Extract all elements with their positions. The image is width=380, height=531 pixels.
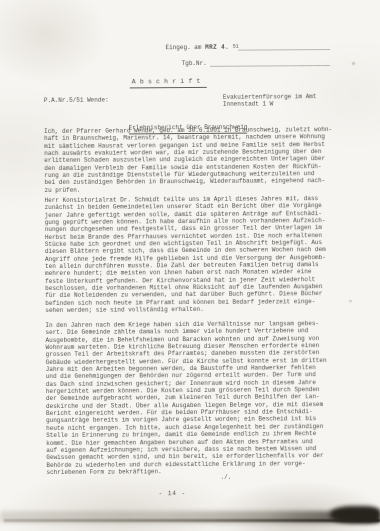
scan-speck xyxy=(352,62,355,65)
paragraph-3: In den Jahren nach dem Kriege haben sich… xyxy=(45,320,336,476)
text-line: schriebenen Form zu bekräftigen. xyxy=(46,467,336,476)
address-block: Evakuiertenfürsorge im Amt Innenstadt 1 … xyxy=(223,93,317,108)
received-stamp-line: Eingeg. am MRZ 4. 51 xyxy=(165,43,329,51)
copy-heading: Abschrift xyxy=(130,78,207,89)
page-number: - 14 - xyxy=(159,490,187,497)
date-stamp: MRZ 4. xyxy=(205,44,229,51)
reference-line: P.A.Nr.5/51 Wende: xyxy=(44,97,109,104)
dotted-rule xyxy=(210,59,329,67)
dotted-rule xyxy=(239,43,330,51)
continuation-mark: ./. xyxy=(220,474,231,481)
journal-number-line: Tgb.Nr. xyxy=(182,59,330,67)
text-line: sehen werden; sie sind vollständig erhal… xyxy=(45,305,335,314)
address-line: Innenstadt 1 W xyxy=(223,100,317,108)
received-prefix: Eingeg. am xyxy=(165,44,201,51)
scan-speck xyxy=(349,300,352,302)
paragraph-2: Herr Konsistorialrat Dr. Schmidt teilte … xyxy=(45,195,336,315)
document-content: Eingeg. am MRZ 4. 51 Tgb.Nr. Abschrift P… xyxy=(0,0,380,531)
paragraph-1: Ich, der Pfarrer Gerhard Wende, geb. am … xyxy=(44,126,334,194)
journal-label: Tgb.Nr. xyxy=(182,60,207,67)
scanned-document-page: Eingeg. am MRZ 4. 51 Tgb.Nr. Abschrift P… xyxy=(0,0,380,531)
